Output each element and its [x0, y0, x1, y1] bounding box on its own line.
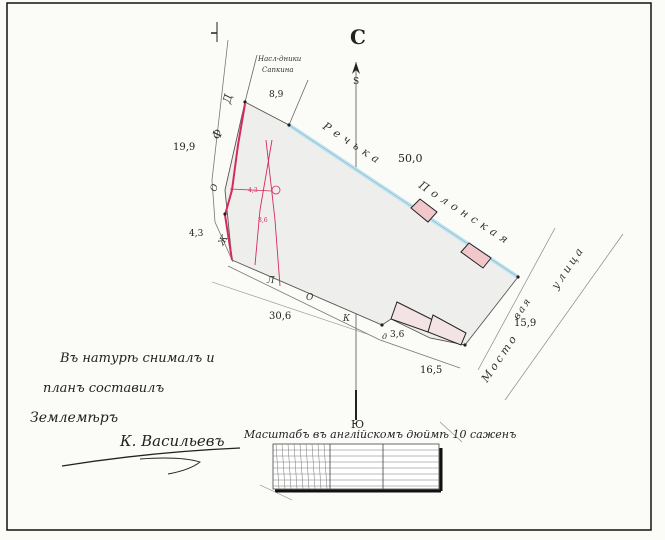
neighbor-label-line1: Насл-дники [257, 55, 302, 63]
right-street-length: 15,9 [514, 318, 536, 329]
left-side-letter-2: Ф [209, 127, 225, 140]
small-segment-length: 3,6 [390, 330, 405, 340]
left-side-length-lower: 4,3 [189, 229, 204, 239]
internal-measure-2: 8,6 [258, 217, 268, 224]
survey-plan-map: C S Ю Насл-дники Сапкина 8,9 4,3 8,6 [0, 0, 665, 540]
north-arrow-letter: S [353, 77, 359, 87]
scale-bar [273, 444, 441, 491]
north-label: C [350, 25, 366, 49]
bottom-letter-1: Л [266, 276, 275, 286]
bottom-extension-length: 16,5 [420, 365, 442, 376]
signature-underline [62, 448, 240, 466]
signature-line-1: Въ натурѣ снималъ и [59, 351, 215, 366]
left-side-length-upper: 19,9 [173, 142, 195, 153]
signature-line-2: планъ составилъ [43, 381, 164, 396]
neighbor-label-line2: Сапкина [262, 66, 294, 74]
survey-plan-sheet: C S Ю Насл-дники Сапкина 8,9 4,3 8,6 [0, 0, 665, 540]
bottom-letter-2: О [306, 293, 314, 303]
left-side-letter-3: О [209, 182, 221, 192]
neighbor-width: 8,9 [269, 90, 284, 100]
bottom-side-length: 30,6 [269, 311, 291, 322]
internal-measure-1: 4,3 [248, 187, 258, 194]
right-street-label-part3: улица [548, 243, 587, 292]
bottom-letter-3: К [342, 314, 351, 324]
small-segment-letter: д [382, 332, 387, 341]
signature-line-3: Землемѣръ [30, 410, 118, 426]
scale-caption: Масштабъ въ англійскомъ дюймѣ 10 саженъ [243, 428, 516, 441]
top-street-length: 50,0 [398, 152, 423, 165]
left-side-letter-1: Д [220, 92, 235, 106]
surveyor-signature: К. Васильевъ [119, 432, 225, 450]
